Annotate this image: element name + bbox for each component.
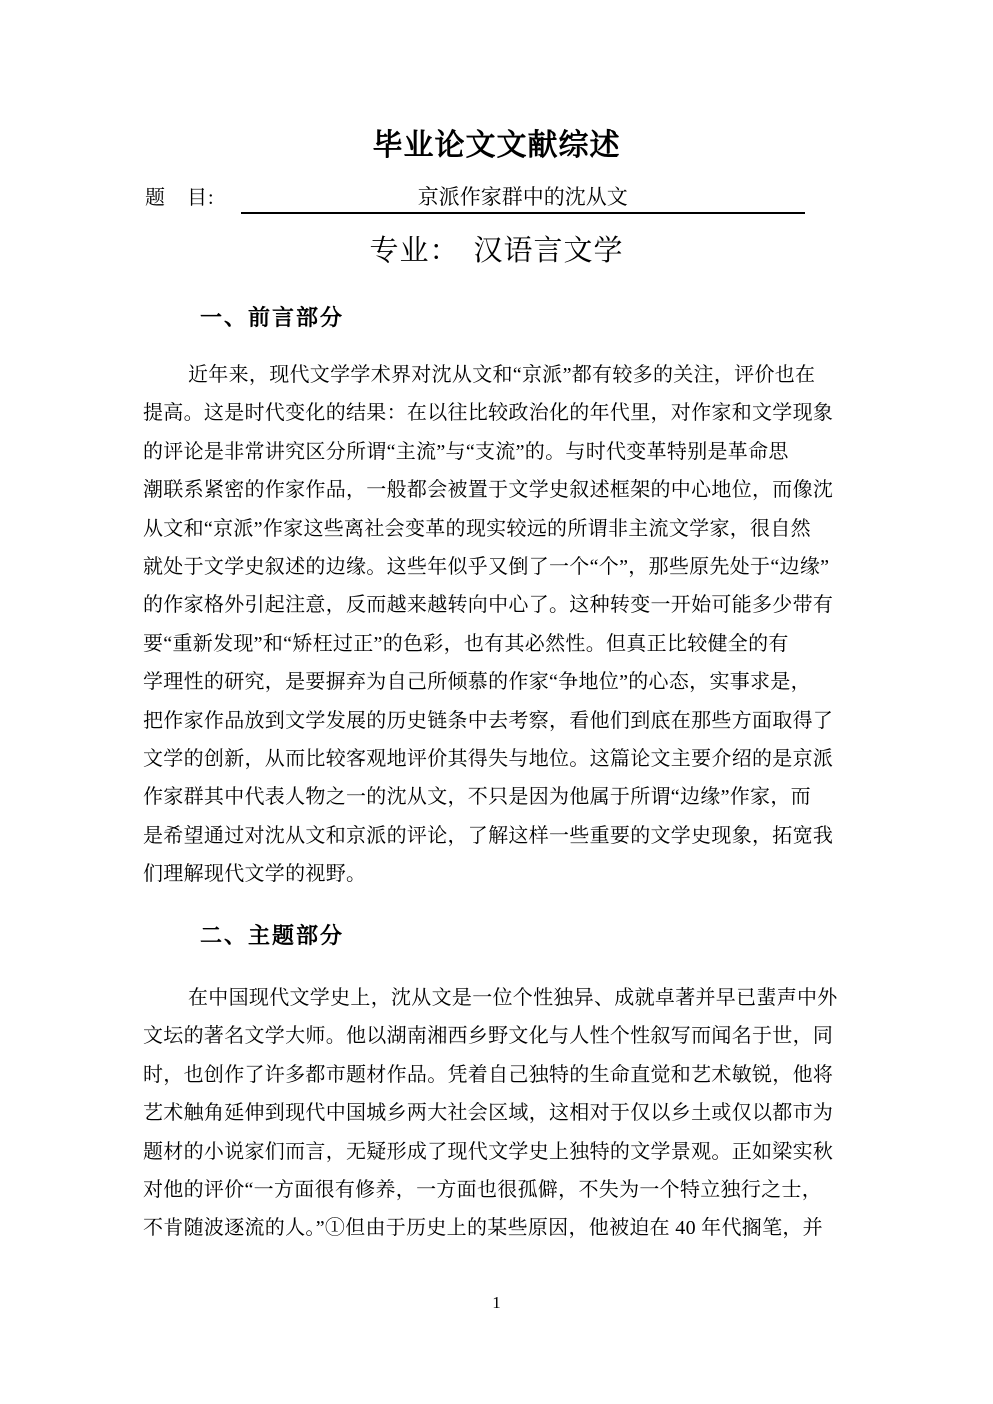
theme-paragraph: 在中国现代文学史上，沈从文是一位个性独异、成就卓著并早已蜚声中外 文坛的著名文学… [143,979,857,1248]
topic-label: 题 目: [145,182,215,214]
text-line: 把作家作品放到文学发展的历史链条中去考察，看他们到底在那些方面取得了 [143,702,857,740]
text-line: 学理性的研究，是要摒弃为自己所倾慕的作家“争地位”的心态，实事求是， [143,663,857,701]
major-label: 专业： [369,235,459,267]
text-line: 时，也创作了许多都市题材作品。凭着自己独特的生命直觉和艺术敏锐，他将 [143,1056,857,1094]
text-line: 文学的创新，从而比较客观地评价其得失与地位。这篇论文主要介绍的是京派 [143,740,857,778]
text-line: 从文和“京派”作家这些离社会变革的现实较远的所谓非主流文学家，很自然 [143,510,857,548]
major-value: 汉语言文学 [474,235,624,267]
text-line: 近年来，现代文学学术界对沈从文和“京派”都有较多的关注，评价也在 [143,356,857,394]
text-line: 在中国现代文学史上，沈从文是一位个性独异、成就卓著并早已蜚声中外 [143,979,857,1017]
text-line: 们理解现代文学的视野。 [143,855,857,893]
topic-value: 京派作家群中的沈从文 [418,185,628,209]
document-page: 毕业论文文献综述 题 目: 京派作家群中的沈从文 专业：汉语言文学 一、前言部分… [0,0,993,1404]
section-heading-preface: 一、前言部分 [200,303,344,333]
page-number: 1 [0,1293,993,1313]
text-line: 提高。这是时代变化的结果：在以往比较政治化的年代里，对作家和文学现象 [143,394,857,432]
document-title: 毕业论文文献综述 [0,120,993,164]
text-line: 潮联系紧密的作家作品，一般都会被置于文学史叙述框架的中心地位，而像沈 [143,471,857,509]
topic-row: 题 目: 京派作家群中的沈从文 [145,182,805,214]
text-line: 就处于文学史叙述的边缘。这些年似乎又倒了一个“个”，那些原先处于“边缘” [143,548,857,586]
topic-underline: 京派作家群中的沈从文 [241,182,805,214]
text-line: 作家群其中代表人物之一的沈从文，不只是因为他属于所谓“边缘”作家，而 [143,778,857,816]
text-line: 文坛的著名文学大师。他以湖南湘西乡野文化与人性个性叙写而闻名于世，同 [143,1017,857,1055]
text-line: 的评论是非常讲究区分所谓“主流”与“支流”的。与时代变革特别是革命思 [143,433,857,471]
text-line: 的作家格外引起注意，反而越来越转向中心了。这种转变一开始可能多少带有 [143,586,857,624]
major-row: 专业：汉语言文学 [0,228,993,269]
preface-paragraph: 近年来，现代文学学术界对沈从文和“京派”都有较多的关注，评价也在 提高。这是时代… [143,356,857,893]
text-line: 是希望通过对沈从文和京派的评论，了解这样一些重要的文学史现象，拓宽我 [143,817,857,855]
text-line: 对他的评价“一方面很有修养，一方面也很孤僻，不失为一个特立独行之士， [143,1171,857,1209]
text-line: 题材的小说家们而言，无疑形成了现代文学史上独特的文学景观。正如梁实秋 [143,1133,857,1171]
section-heading-theme: 二、主题部分 [200,921,344,951]
text-line: 不肯随波逐流的人。”①但由于历史上的某些原因，他被迫在 40 年代搁笔，并 [143,1209,857,1247]
text-line: 艺术触角延伸到现代中国城乡两大社会区域，这相对于仅以乡土或仅以都市为 [143,1094,857,1132]
text-line: 要“重新发现”和“矫枉过正”的色彩，也有其必然性。但真正比较健全的有 [143,625,857,663]
